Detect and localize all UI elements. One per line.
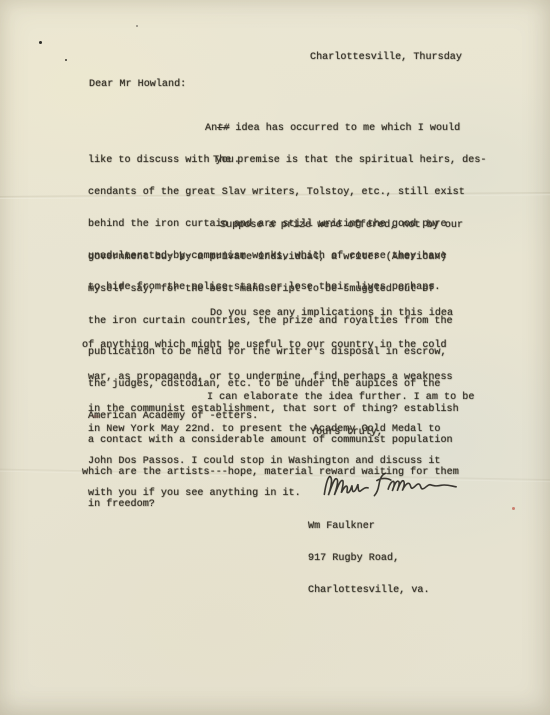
sender-block: Wm Faulkner 917 Rugby Road, Charlottesvi… bbox=[308, 501, 430, 618]
struck-typo: t# bbox=[217, 123, 229, 134]
paper-speck bbox=[136, 25, 138, 27]
letter-line: in New York May 22nd. to present the Aca… bbox=[88, 425, 474, 436]
letter-line: cendants of the great Slav writers, Tols… bbox=[88, 188, 486, 199]
letter-line: The premise is that the spiritual heirs,… bbox=[88, 156, 486, 167]
letter-line: government buy by a private individual, … bbox=[88, 253, 463, 264]
letter-page: Charlottesville, Thursday Dear Mr Howlan… bbox=[0, 0, 550, 715]
sender-street: 917 Rugby Road, bbox=[308, 554, 430, 565]
letter-line: Suppose a prize were offered, not by our bbox=[88, 221, 463, 232]
paper-speck bbox=[65, 59, 67, 61]
sender-city: Charlottesville, va. bbox=[308, 586, 430, 597]
letter-line: of anything which might be useful to our… bbox=[82, 341, 459, 352]
paper-speck bbox=[512, 507, 515, 510]
dateline: Charlottesville, Thursday bbox=[310, 53, 462, 64]
handwritten-signature bbox=[319, 461, 465, 506]
salutation: Dear Mr Howland: bbox=[89, 80, 186, 91]
letter-line: Ant# idea has occurred to me which I wou… bbox=[88, 124, 460, 135]
letter-line: I can elaborate the idea further. I am t… bbox=[88, 393, 474, 404]
letter-line-text: idea has occurred to me which I would bbox=[229, 123, 460, 134]
paper-speck bbox=[39, 41, 42, 44]
letter-line-text: An bbox=[88, 123, 217, 134]
closing: Yours truly, bbox=[310, 428, 383, 439]
sender-name: Wm Faulkner bbox=[308, 522, 430, 533]
letter-line: Do you see any implications in this idea bbox=[88, 309, 459, 320]
